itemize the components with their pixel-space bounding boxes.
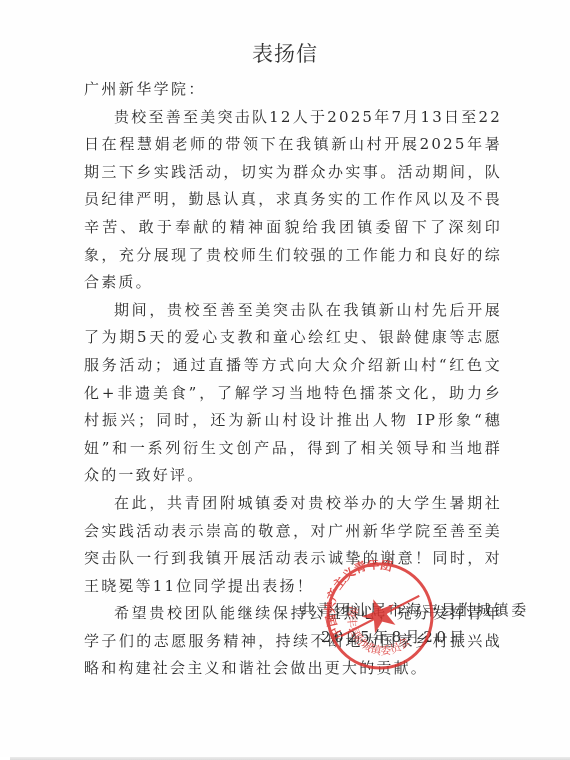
official-seal-icon: 中国共产主义青年团 海丰县附城镇委员会: [322, 560, 438, 672]
svg-text:中国共产主义青年团: 中国共产主义青年团: [322, 560, 414, 643]
document-title: 表扬信: [0, 38, 570, 68]
seal-outer-text: 中国共产主义青年团: [322, 560, 414, 643]
letter-body: 广州新华学院： 贵校至善至美突击队12人于2025年7月13日至22日在程慧娟老…: [84, 76, 502, 683]
salutation: 广州新华学院：: [84, 76, 502, 104]
paragraph-3: 在此，共青团附城镇委对贵校举办的大学生暑期社会实践活动表示崇高的敬意，对广州新华…: [84, 490, 502, 600]
paragraph-1: 贵校至善至美突击队12人于2025年7月13日至22日在程慧娟老师的带领下在我镇…: [84, 104, 502, 297]
paragraph-2: 期间，贵校至善至美突击队在我镇新山村先后开展了为期5天的爱心支教和童心绘红史、银…: [84, 297, 502, 490]
letter-page: 表扬信 广州新华学院： 贵校至善至美突击队12人于2025年7月13日至22日在…: [0, 0, 570, 757]
